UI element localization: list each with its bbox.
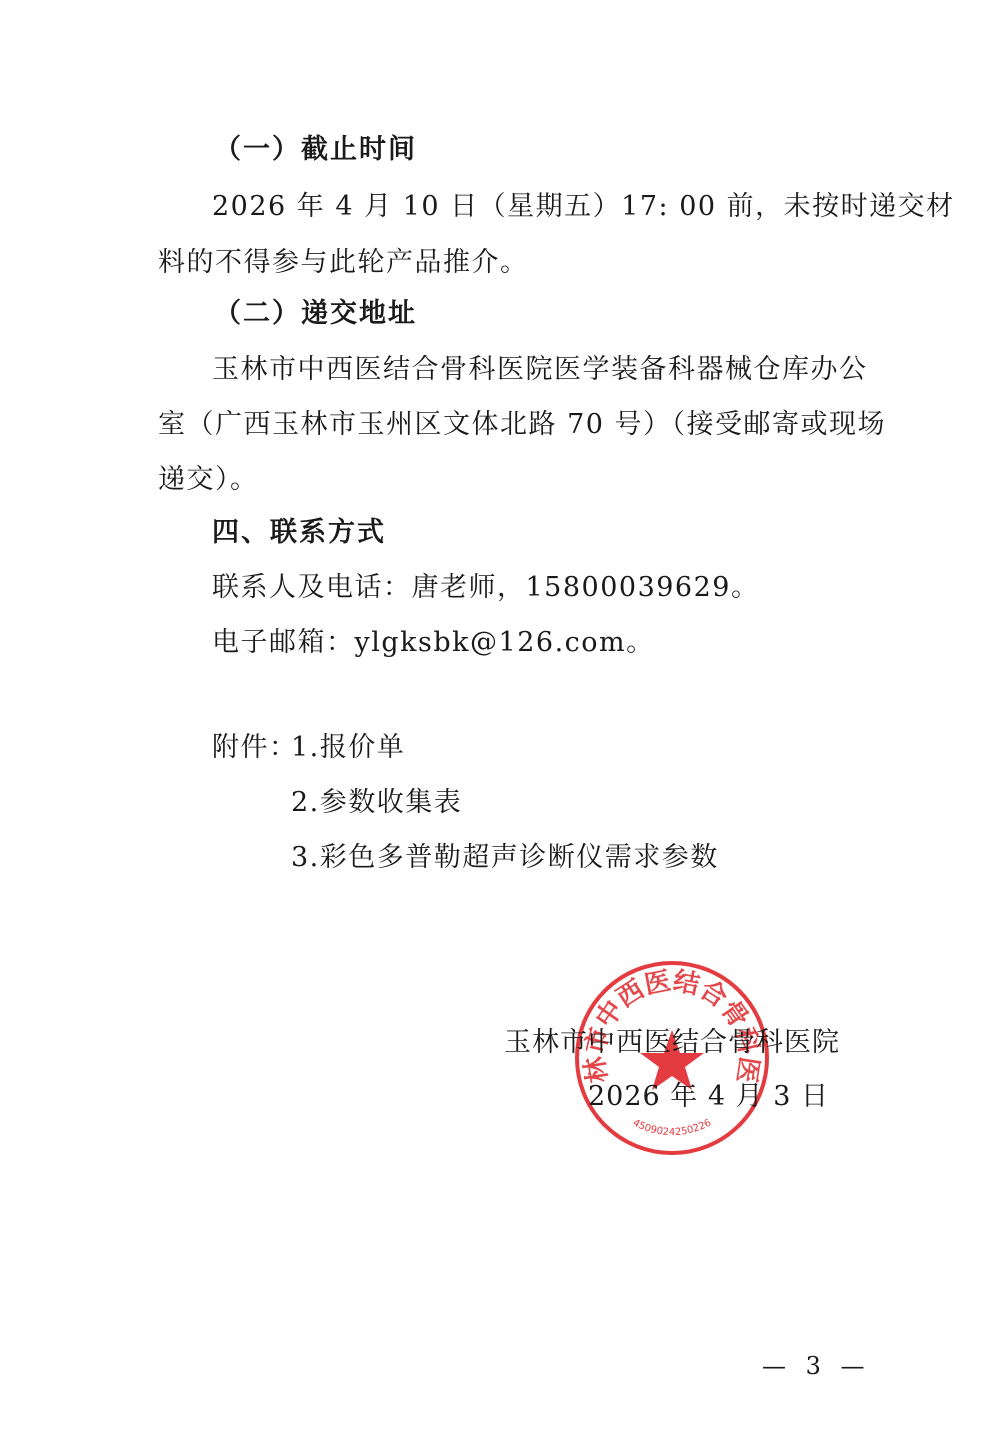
- signature-date: 2026 年 4 月 3 日: [588, 1081, 829, 1113]
- svg-text:4509024250226: 4509024250226: [631, 1117, 713, 1138]
- deadline-text-line-2: 料的不得参与此轮产品推介。: [158, 247, 529, 279]
- address-text-line-1: 玉林市中西医结合骨科医院医学装备科器械仓库办公: [212, 354, 868, 386]
- contact-heading: 四、联系方式: [212, 517, 386, 549]
- attachment-item-2: 2.参数收集表: [291, 787, 462, 819]
- page-number: — 3 —: [762, 1352, 871, 1380]
- address-heading: （二）递交地址: [214, 298, 417, 330]
- address-text-line-2: 室（广西玉林市玉州区文体北路 70 号）（接受邮寄或现场: [158, 409, 886, 441]
- attachment-item-1: 1.报价单: [291, 732, 405, 764]
- contact-email: 电子邮箱：ylgksbk@126.com。: [212, 627, 655, 659]
- address-text-line-3: 递交）。: [158, 464, 259, 496]
- deadline-text-line-1: 2026 年 4 月 10 日（星期五）17: 00 前，未按时递交材: [212, 191, 955, 223]
- deadline-heading: （一）截止时间: [214, 134, 417, 166]
- signature-organization: 玉林市中西医结合骨科医院: [504, 1027, 840, 1059]
- attachment-item-3: 3.彩色多普勒超声诊断仪需求参数: [291, 842, 719, 874]
- contact-phone: 联系人及电话：唐老师，15800039629。: [212, 572, 759, 604]
- attachments-label: 附件：: [212, 732, 298, 764]
